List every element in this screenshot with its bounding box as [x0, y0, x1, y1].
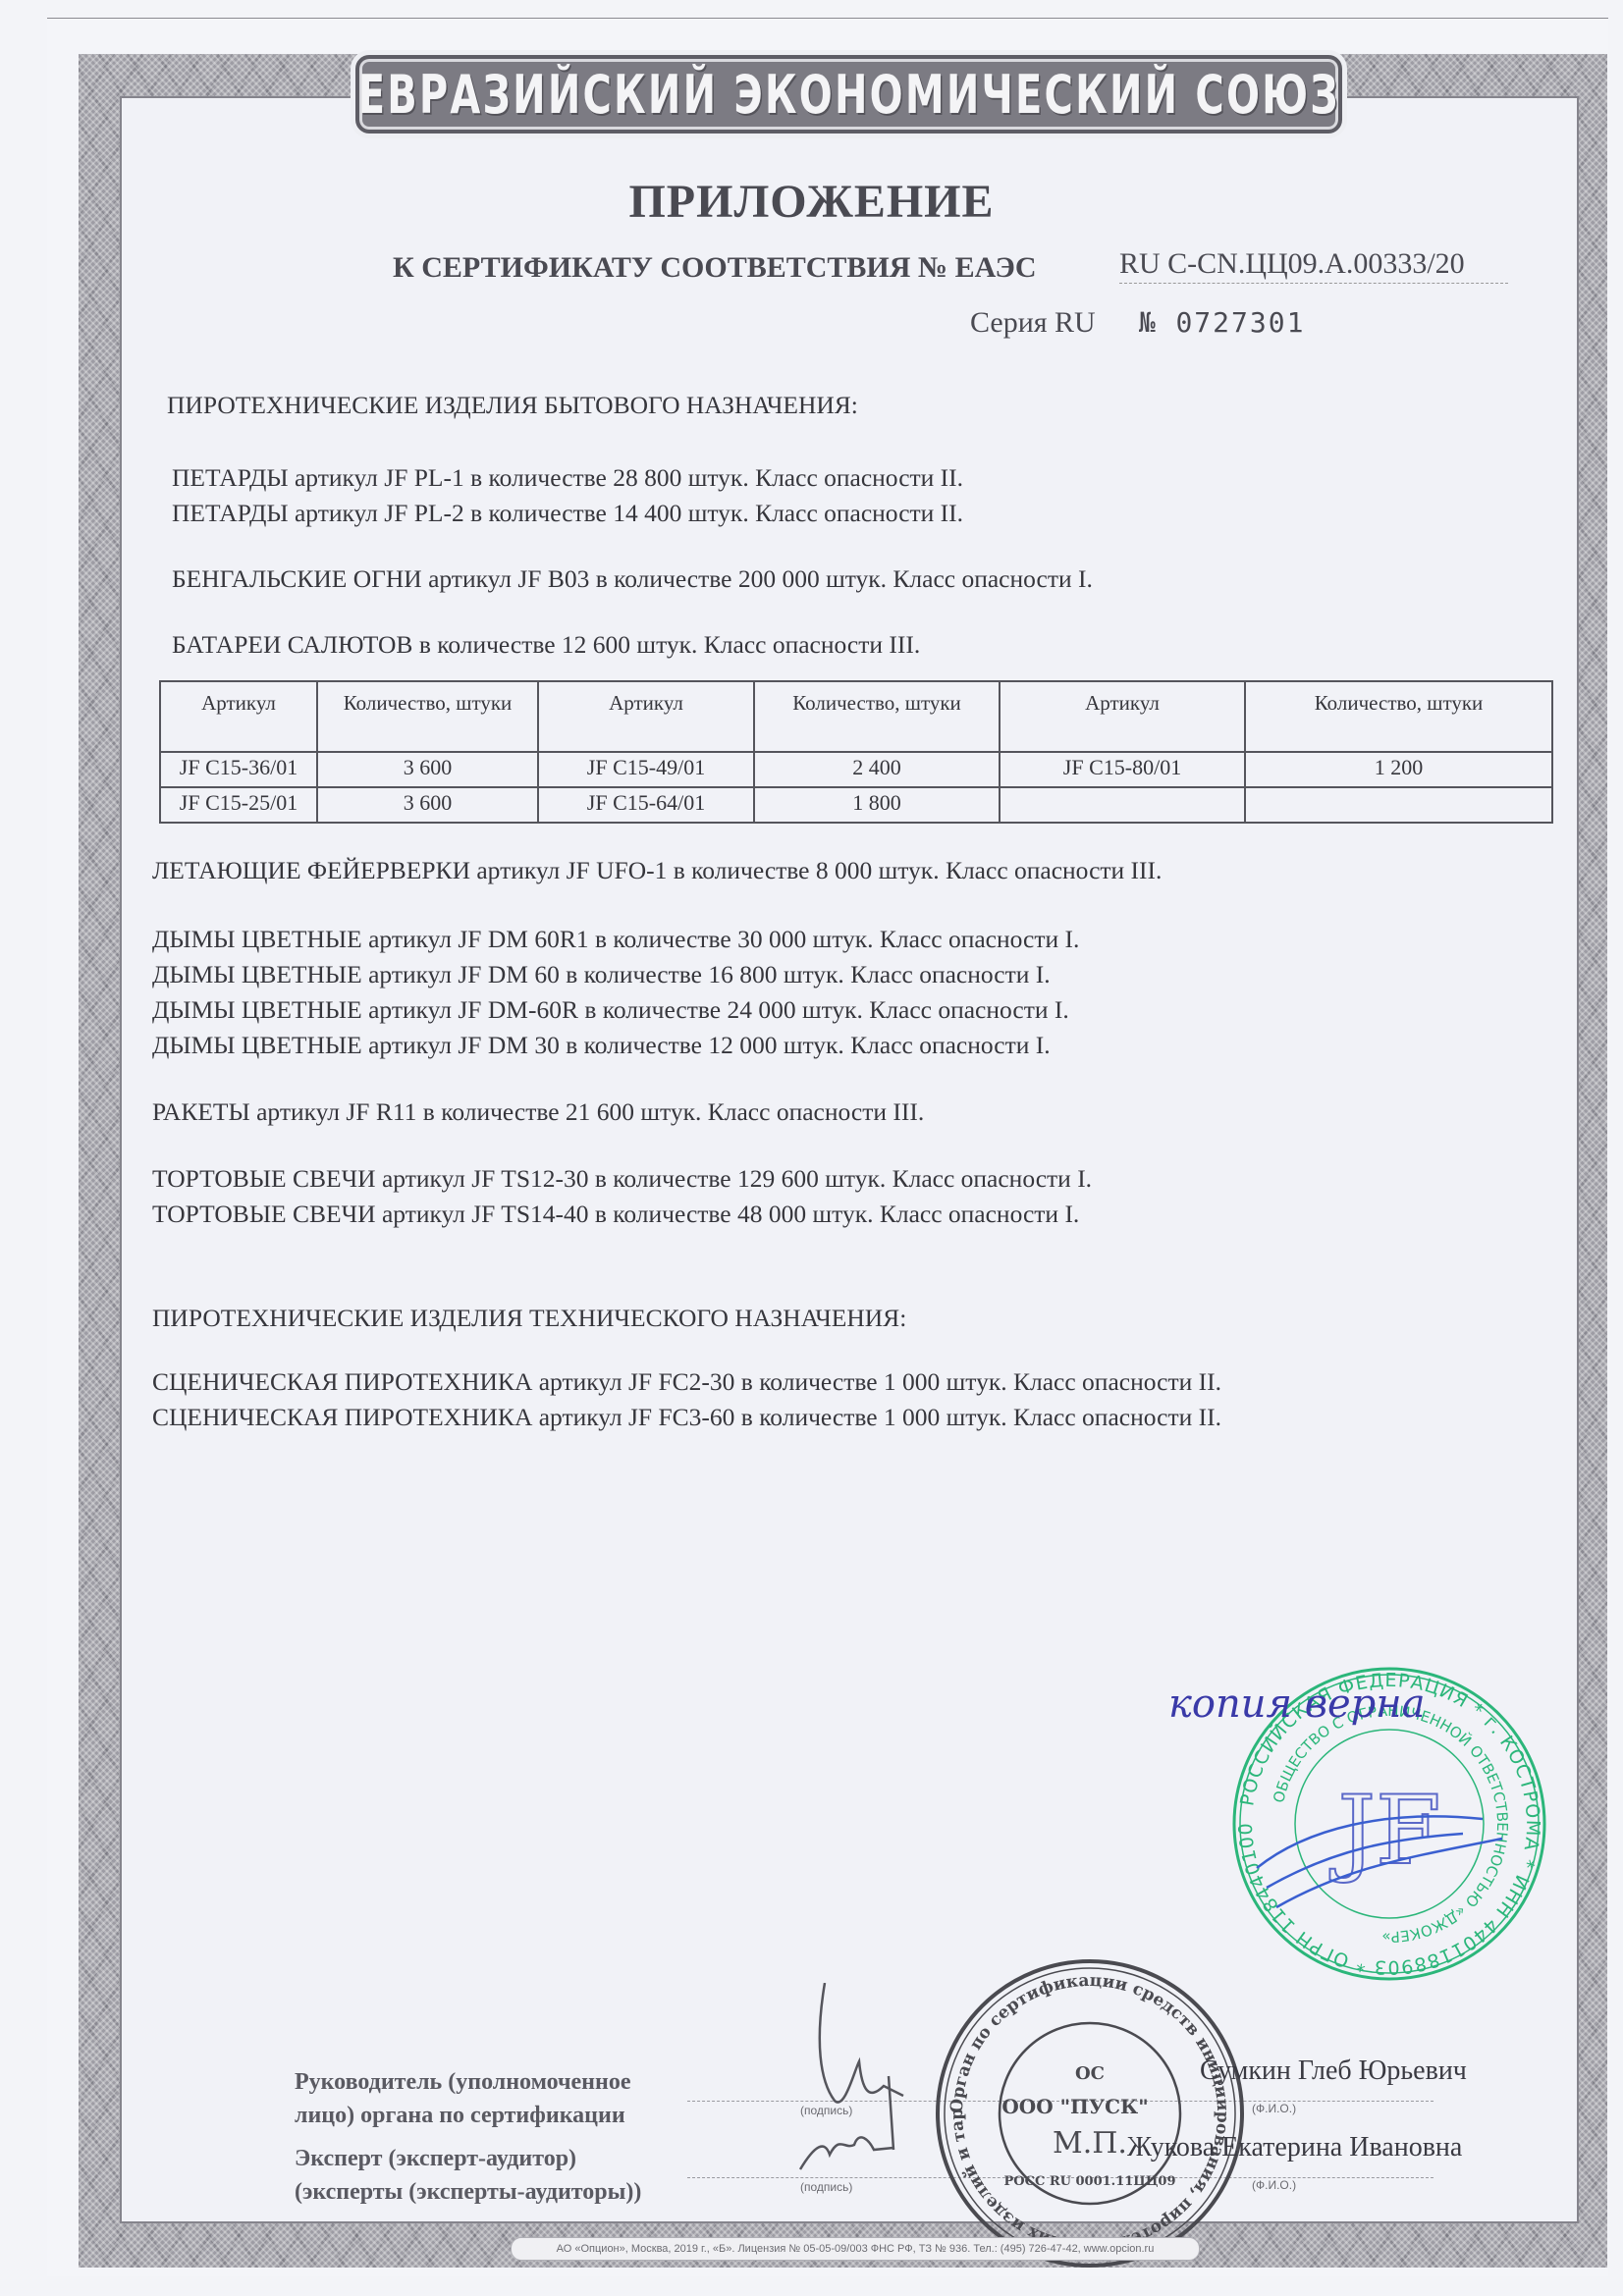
table-cell	[1000, 787, 1245, 823]
table-header: Артикул	[160, 681, 317, 752]
label-line: Руководитель (уполномоченное	[295, 2065, 631, 2099]
battery-salute-table: Артикул Количество, штуки Артикул Количе…	[159, 680, 1553, 824]
section-heading-technical: ПИРОТЕХНИЧЕСКИЕ ИЗДЕЛИЯ ТЕХНИЧЕСКОГО НАЗ…	[152, 1304, 906, 1333]
product-line: БЕНГАЛЬСКИЕ ОГНИ артикул JF B03 в количе…	[172, 564, 1093, 594]
table-cell: 1 800	[754, 787, 1000, 823]
union-banner: ЕВРАЗИЙСКИЙ ЭКОНОМИЧЕСКИЙ СОЮЗ	[355, 55, 1342, 133]
table-cell: 3 600	[317, 787, 538, 823]
copy-certified-note: копия верна	[1168, 1682, 1425, 1727]
product-line: ДЫМЫ ЦВЕТНЫЕ артикул JF DM-60R в количес…	[152, 995, 1069, 1025]
series-line: Серия RU№ 0727301	[970, 306, 1305, 340]
table-cell: JF C15-64/01	[538, 787, 754, 823]
product-line: ПЕТАРДЫ артикул JF PL-2 в количестве 14 …	[172, 499, 963, 528]
product-line: ДЫМЫ ЦВЕТНЫЕ артикул JF DM 60 в количест…	[152, 960, 1051, 989]
svg-text:ООО "ПУСК": ООО "ПУСК"	[1001, 2095, 1148, 2118]
expert-name: Жукова Екатерина Ивановна	[1127, 2132, 1462, 2163]
label-line: Эксперт (эксперт-аудитор)	[295, 2142, 641, 2175]
product-line: СЦЕНИЧЕСКАЯ ПИРОТЕХНИКА артикул JF FC3-6…	[152, 1403, 1221, 1432]
table-row: JF C15-25/01 3 600 JF C15-64/01 1 800	[160, 787, 1552, 823]
table-cell	[1245, 787, 1552, 823]
certificate-label: К СЕРТИФИКАТУ СООТВЕТСТВИЯ № ЕАЭС	[393, 251, 1037, 285]
handwritten-signature-icon	[785, 1983, 923, 2179]
fio-caption: (Ф.И.О.)	[1252, 2178, 1296, 2192]
fio-caption: (Ф.И.О.)	[1252, 2102, 1296, 2115]
svg-text:JF: JF	[1328, 1776, 1440, 1886]
table-cell: 1 200	[1245, 752, 1552, 787]
head-signatory-name: Сумкин Глеб Юрьевич	[1200, 2056, 1467, 2087]
product-line: БАТАРЕИ САЛЮТОВ в количестве 12 600 штук…	[172, 630, 920, 660]
product-line: ПЕТАРДЫ артикул JF PL-1 в количестве 28 …	[172, 463, 963, 493]
banner-text: ЕВРАЗИЙСКИЙ ЭКОНОМИЧЕСКИЙ СОЮЗ	[357, 64, 1339, 126]
printer-imprint: АО «Опцион», Москва, 2019 г., «Б». Лицен…	[511, 2237, 1200, 2261]
certificate-number: RU C-CN.ЦЦ09.А.00333/20	[1119, 247, 1508, 284]
table-cell: JF C15-80/01	[1000, 752, 1245, 787]
svg-text:РОСС RU 0001.11ЦЦ09: РОСС RU 0001.11ЦЦ09	[1004, 2174, 1176, 2189]
series-label: Серия RU	[970, 306, 1096, 339]
table-cell: 2 400	[754, 752, 1000, 787]
signature-caption: (подпись)	[800, 2180, 852, 2194]
table-header: Количество, штуки	[1245, 681, 1552, 752]
product-line: ДЫМЫ ЦВЕТНЫЕ артикул JF DM 30 в количест…	[152, 1031, 1051, 1060]
product-line: РАКЕТЫ артикул JF R11 в количестве 21 60…	[152, 1097, 924, 1127]
section-heading-household: ПИРОТЕХНИЧЕСКИЕ ИЗДЕЛИЯ БЫТОВОГО НАЗНАЧЕ…	[167, 391, 858, 420]
series-number: № 0727301	[1139, 306, 1306, 339]
head-signatory-label: Руководитель (уполномоченное лицо) орган…	[295, 2065, 631, 2132]
label-line: лицо) органа по сертификации	[295, 2099, 631, 2132]
table-header: Количество, штуки	[317, 681, 538, 752]
page-title: ПРИЛОЖЕНИЕ	[0, 175, 1623, 229]
table-header-row: Артикул Количество, штуки Артикул Количе…	[160, 681, 1552, 752]
table-row: JF C15-36/01 3 600 JF C15-49/01 2 400 JF…	[160, 752, 1552, 787]
svg-text:ОС: ОС	[1075, 2063, 1105, 2084]
table-cell: JF C15-25/01	[160, 787, 317, 823]
product-line: ЛЕТАЮЩИЕ ФЕЙЕРВЕРКИ артикул JF UFO-1 в к…	[152, 856, 1162, 885]
product-line: ТОРТОВЫЕ СВЕЧИ артикул JF TS14-40 в коли…	[152, 1200, 1079, 1229]
label-line: (эксперты (эксперты-аудиторы))	[295, 2175, 641, 2209]
table-cell: JF C15-49/01	[538, 752, 754, 787]
product-line: СЦЕНИЧЕСКАЯ ПИРОТЕХНИКА артикул JF FC2-3…	[152, 1367, 1221, 1397]
table-header: Количество, штуки	[754, 681, 1000, 752]
svg-text:М.П.: М.П.	[1053, 2126, 1127, 2161]
table-header: Артикул	[538, 681, 754, 752]
product-line: ТОРТОВЫЕ СВЕЧИ артикул JF TS12-30 в коли…	[152, 1164, 1092, 1194]
product-line: ДЫМЫ ЦВЕТНЫЕ артикул JF DM 60R1 в количе…	[152, 925, 1079, 954]
expert-signatory-label: Эксперт (эксперт-аудитор) (эксперты (экс…	[295, 2142, 641, 2209]
table-cell: JF C15-36/01	[160, 752, 317, 787]
table-cell: 3 600	[317, 752, 538, 787]
certification-body-seal-icon: Орган по сертификации средств инициирова…	[928, 1951, 1252, 2275]
table-header: Артикул	[1000, 681, 1245, 752]
